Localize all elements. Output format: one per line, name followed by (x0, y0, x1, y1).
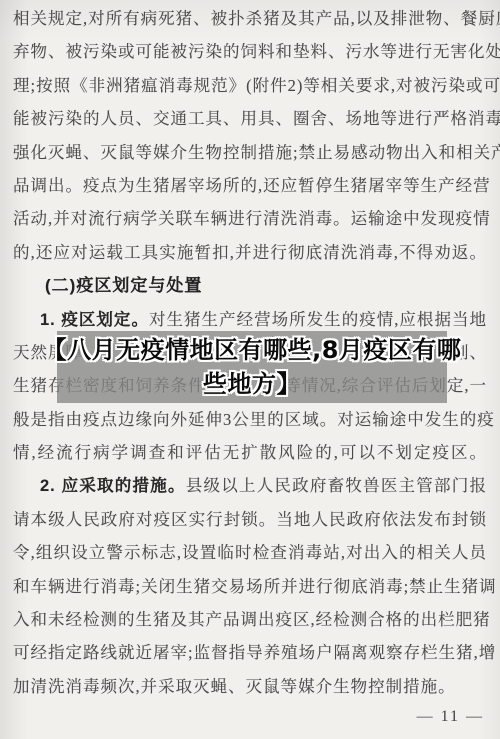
page-number: — 11 — (417, 708, 484, 726)
line-text: 县级以上人民政府畜牧兽医主管部门报 (186, 476, 487, 495)
text-line: 能被污染的人员、交通工具、用具、圈舍、场地等进行严格消毒,并 (13, 102, 487, 135)
scanned-document-page: 相关规定,对所有病死猪、被扑杀猪及其产品,以及排泄物、餐厨废弃物、被污染或可能被… (0, 0, 500, 739)
caption-overlay-line1: 【八月无疫情地区有哪些,8月疫区有哪 (43, 333, 462, 367)
text-line: 请本级人民政府对疫区实行封锁。当地人民政府依法发布封锁 (13, 503, 487, 536)
text-line: 的,还应对运载工具实施暂扣,并进行彻底清洗消毒,不得劝返。 (13, 236, 487, 269)
text-line: 相关规定,对所有病死猪、被扑杀猪及其产品,以及排泄物、餐厨废 (13, 2, 487, 35)
text-line: 强化灭蝇、灭鼠等媒介生物控制措施;禁止易感动物出入和相关产 (13, 136, 487, 169)
text-line: 加清洗消毒频次,并采取灭蝇、灭鼠等媒介生物控制措施。 (13, 670, 487, 703)
text-line: 品调出。疫点为生猪屠宰场所的,还应暂停生猪屠宰等生产经营 (13, 169, 487, 202)
bold-list-label: 2. 应采取的措施。 (40, 477, 186, 495)
caption-overlay-box: 【八月无疫情地区有哪些,8月疫区有哪 些地方】 (57, 331, 447, 403)
caption-overlay-line2: 些地方】 (203, 367, 301, 401)
text-line: 2. 应采取的措施。县级以上人民政府畜牧兽医主管部门报 (13, 469, 487, 502)
text-line: 般是指由疫点边缘向外延伸3公里的区域。对运输途中发生的疫 (13, 403, 487, 436)
text-line: 理;按照《非洲猪瘟消毒规范》(附件2)等相关要求,对被污染或可 (13, 69, 487, 102)
text-line: 和车辆进行消毒;关闭生猪交易场所并进行彻底消毒;禁止生猪调 (13, 570, 487, 603)
line-text: 对生猪生产经营场所发生的疫情,应根据当地 (149, 310, 487, 329)
text-line: 活动,并对流行病学关联车辆进行清洗消毒。运输途中发现疫情 (13, 202, 487, 235)
bold-list-label: 1. 疫区划定。 (40, 311, 149, 329)
text-line: 弃物、被污染或可能被污染的饲料和垫料、污水等进行无害化处 (13, 35, 487, 68)
text-line: 入和未经检测的生猪及其产品调出疫区,经检测合格的出栏肥猪 (13, 603, 487, 636)
text-line: 可经指定路线就近屠宰;监督指导养殖场户隔离观察存栏生猪,增 (13, 636, 487, 669)
text-line: (二)疫区划定与处置 (13, 269, 487, 302)
text-line: 情,经流行病学调查和评估无扩散风险的,可以不划定疫区。 (13, 436, 487, 469)
text-line: 令,组织设立警示标志,设置临时检查消毒站,对出入的相关人员 (13, 536, 487, 569)
